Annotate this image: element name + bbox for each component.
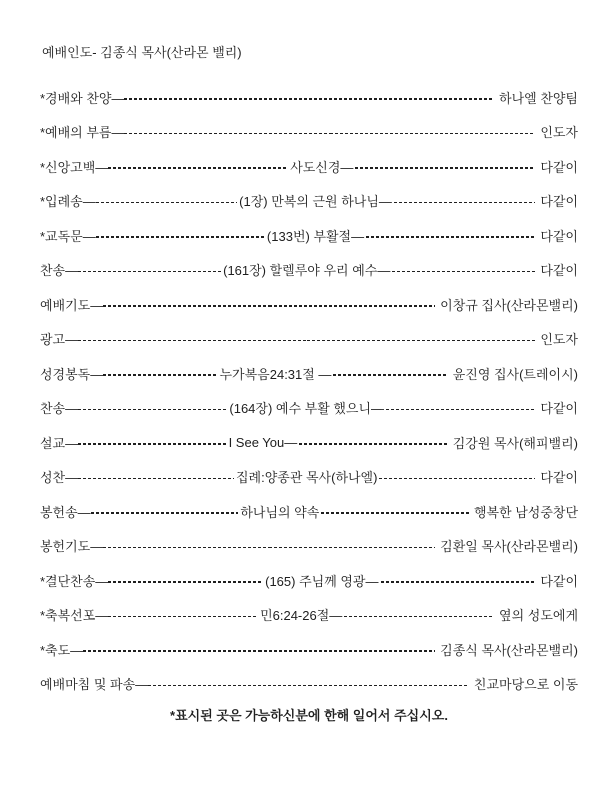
program-row-commitment-hymn: *결단찬송— (165) 주님께 영광— 다같이 [40, 563, 578, 598]
item-label: 설교— [40, 433, 78, 452]
dash-fill [269, 305, 435, 307]
item-assignee: 친교마당으로 이동 [469, 674, 578, 693]
item-assignee: 이창규 집사(산라몬밸리) [435, 295, 578, 314]
item-label: 예배마침 및 파송— [40, 674, 148, 693]
item-detail: 집례:양종관 목사(하나엘) [234, 467, 379, 486]
dash-fill [78, 340, 307, 342]
program-row-offertory-song: 봉헌송— 하나님의 약속 행복한 남성중창단 [40, 494, 578, 529]
item-detail: 누가복음24:31절 — [218, 364, 334, 383]
dash-fill [103, 547, 269, 549]
dash-fill [394, 202, 535, 204]
dash-fill [103, 305, 269, 307]
program-row-closing-and-sending: 예배마침 및 파송— 친교마당으로 이동 [40, 667, 578, 702]
dash-fill [78, 478, 234, 480]
dash-fill [124, 133, 329, 135]
item-assignee: 김환일 목사(산라몬밸리) [435, 536, 578, 555]
program-row-praise: *경배와 찬양— 하나엘 찬양팀 [40, 80, 578, 115]
dash-fill [299, 443, 447, 445]
dash-fill [333, 374, 447, 376]
dash-fill [96, 202, 237, 204]
item-detail: (161장) 할렐루야 우리 예수— [221, 260, 392, 279]
item-assignee: 옆의 성도에게 [494, 605, 578, 624]
dash-fill [148, 685, 308, 687]
item-assignee: 다같이 [535, 571, 578, 590]
item-detail: I See You— [227, 435, 300, 450]
dash-fill [124, 98, 309, 100]
dash-fill [103, 374, 217, 376]
item-detail: (165) 주님께 영광— [263, 571, 380, 590]
item-assignee: 인도자 [535, 122, 578, 141]
item-detail: 사도신경— [288, 157, 355, 176]
item-label: *예배의 부름— [40, 122, 124, 141]
program-row-blessing-proclamation: *축복선포— 민6:24-26절— 옆의 성도에게 [40, 598, 578, 633]
item-assignee: 다같이 [535, 157, 578, 176]
item-assignee: 다같이 [535, 260, 578, 279]
item-assignee: 김강원 목사(해피밸리) [448, 433, 578, 452]
item-assignee: 다같이 [535, 467, 578, 486]
program-row-hymn-164: 찬송— (164장) 예수 부활 했으니— 다같이 [40, 391, 578, 426]
item-assignee: 행복한 남성중창단 [469, 502, 578, 521]
program-row-responsive-reading: *교독문— (133번) 부활절— 다같이 [40, 218, 578, 253]
program-row-entrance-hymn: *입례송— (1장) 만복의 근원 하나님— 다같이 [40, 184, 578, 219]
dash-fill [91, 512, 239, 514]
standing-instruction-note: *표시된 곳은 가능하신분에 한해 일어서 주십시오. [40, 705, 578, 724]
item-label: *축복선포— [40, 605, 108, 624]
item-assignee: 다같이 [535, 191, 578, 210]
dash-fill [344, 616, 494, 618]
dash-fill [78, 443, 226, 445]
item-assignee: 다같이 [535, 226, 578, 245]
item-detail: (133번) 부활절— [265, 226, 366, 245]
dash-fill [330, 133, 535, 135]
program-row-communion: 성찬— 집례:양종관 목사(하나엘) 다같이 [40, 460, 578, 495]
dash-fill [108, 581, 263, 583]
item-detail: 민6:24-26절— [258, 605, 344, 624]
item-assignee: 윤진영 집사(트레이시) [448, 364, 578, 383]
program-row-scripture-reading: 성경봉독— 누가복음24:31절 — 윤진영 집사(트레이시) [40, 356, 578, 391]
item-label: 성경봉독— [40, 364, 103, 383]
item-label: 봉헌기도— [40, 536, 103, 555]
item-detail: 하나님의 약속 [238, 502, 321, 521]
item-label: *경배와 찬양— [40, 88, 124, 107]
dash-fill [386, 409, 535, 411]
item-label: *결단찬송— [40, 571, 108, 590]
worship-bulletin-page: 예배인도- 김종식 목사(산라몬 밸리) *경배와 찬양— 하나엘 찬양팀 *예… [0, 0, 612, 792]
item-detail: (164장) 예수 부활 했으니— [227, 398, 386, 417]
program-row-offertory-prayer: 봉헌기도— 김환일 목사(산라몬밸리) [40, 529, 578, 564]
program-row-worship-prayer: 예배기도— 이창규 집사(산라몬밸리) [40, 287, 578, 322]
program-row-announcements: 광고— 인도자 [40, 322, 578, 357]
program-row-sermon: 설교— I See You— 김강원 목사(해피밸리) [40, 425, 578, 460]
program-row-hymn-161: 찬송— (161장) 할렐루야 우리 예수— 다같이 [40, 253, 578, 288]
item-detail: (1장) 만복의 근원 하나님— [237, 191, 394, 210]
item-label: *신앙고백— [40, 157, 108, 176]
program-row-benediction: *축도— 김종식 목사(산라몬밸리) [40, 632, 578, 667]
dash-fill [108, 616, 258, 618]
dash-fill [78, 271, 221, 273]
dash-fill [309, 98, 494, 100]
item-assignee: 하나엘 찬양팀 [494, 88, 578, 107]
item-label: 예배기도— [40, 295, 103, 314]
program-row-call-to-worship: *예배의 부름— 인도자 [40, 115, 578, 150]
dash-fill [379, 478, 535, 480]
item-label: 성찬— [40, 467, 78, 486]
item-assignee: 다같이 [535, 398, 578, 417]
dash-fill [259, 650, 435, 652]
order-of-service-list: *경배와 찬양— 하나엘 찬양팀 *예배의 부름— 인도자 *신앙고백— 사도신… [40, 80, 578, 701]
dash-fill [307, 340, 536, 342]
item-assignee: 인도자 [535, 329, 578, 348]
dash-fill [108, 167, 288, 169]
dash-fill [78, 409, 227, 411]
item-label: *축도— [40, 640, 83, 659]
item-assignee: 김종식 목사(산라몬밸리) [435, 640, 578, 659]
item-label: *입례송— [40, 191, 96, 210]
dash-fill [309, 685, 469, 687]
dash-fill [269, 547, 435, 549]
dash-fill [96, 236, 265, 238]
item-label: 찬송— [40, 398, 78, 417]
item-label: 찬송— [40, 260, 78, 279]
worship-leader-heading: 예배인도- 김종식 목사(산라몬 밸리) [40, 44, 578, 62]
item-label: 봉헌송— [40, 502, 91, 521]
dash-fill [83, 650, 259, 652]
dash-fill [381, 581, 536, 583]
dash-fill [366, 236, 535, 238]
dash-fill [355, 167, 535, 169]
dash-fill [392, 271, 535, 273]
program-row-confession-of-faith: *신앙고백— 사도신경— 다같이 [40, 149, 578, 184]
item-label: *교독문— [40, 226, 96, 245]
dash-fill [321, 512, 469, 514]
item-label: 광고— [40, 329, 78, 348]
